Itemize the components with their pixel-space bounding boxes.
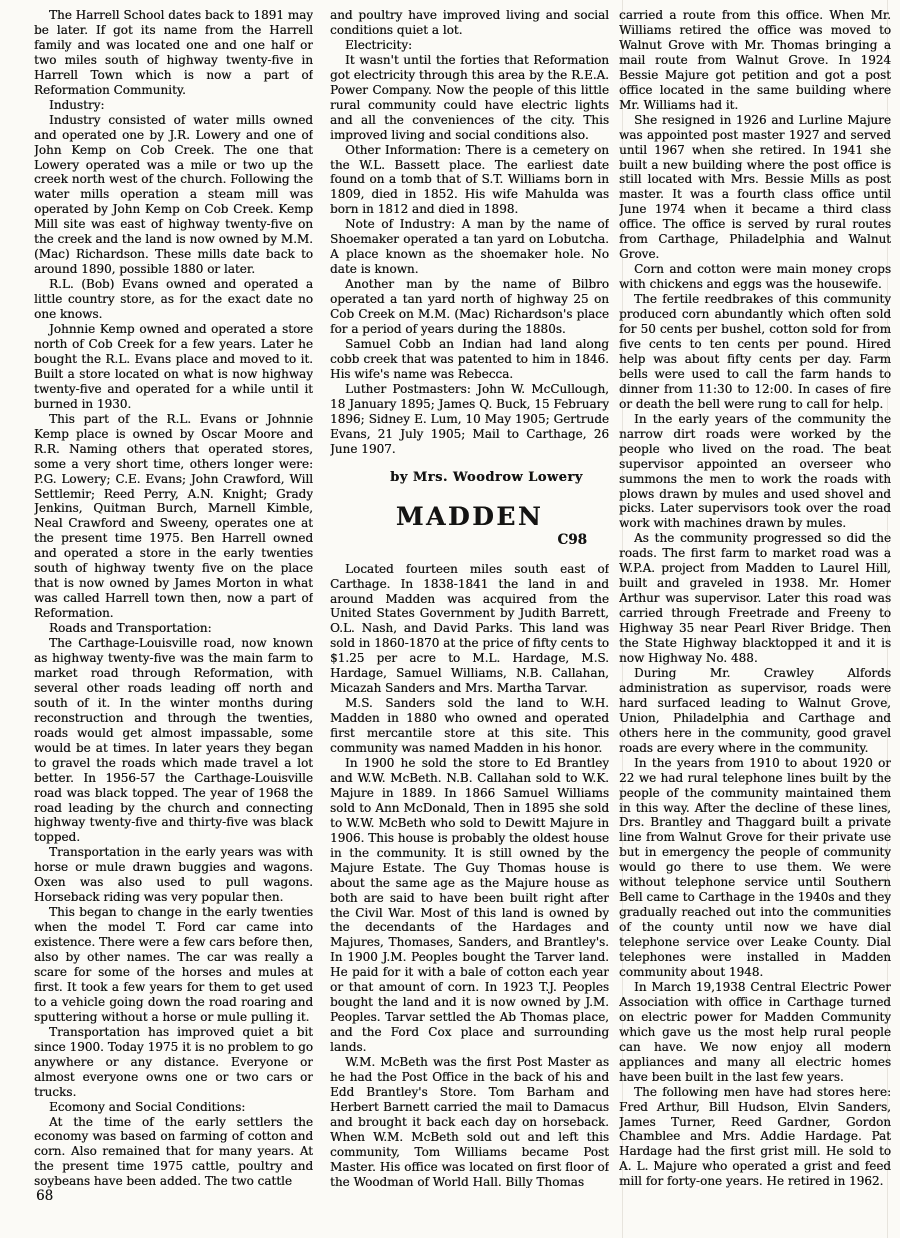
paragraph: Transportation in the early years was wi… xyxy=(34,845,313,905)
paragraph: In March 19,1938 Central Electric Power … xyxy=(619,980,891,1085)
section-label: Industry: xyxy=(34,98,313,113)
paragraph: As the community progressed so did the r… xyxy=(619,531,891,666)
paragraph: The following men have had stores here: … xyxy=(619,1085,891,1188)
paragraph: Samuel Cobb an Indian had land along cob… xyxy=(330,337,609,382)
paragraph: Other Information: There is a cemetery o… xyxy=(330,143,609,218)
article-title: MADDEN xyxy=(330,502,609,531)
column-2: and poultry have improved living and soc… xyxy=(330,8,609,1188)
paragraph: M.S. Sanders sold the land to W.H. Madde… xyxy=(330,696,609,756)
paragraph: During Mr. Crawley Alfords administratio… xyxy=(619,666,891,756)
scanned-page: The Harrell School dates back to 1891 ma… xyxy=(34,8,891,1188)
section-label: Roads and Transportation: xyxy=(34,621,313,636)
paragraph: Note of Industry: A man by the name of S… xyxy=(330,217,609,277)
paragraph: This began to change in the early twenti… xyxy=(34,905,313,1025)
paragraph: This part of the R.L. Evans or Johnnie K… xyxy=(34,412,313,621)
paragraph: In 1900 he sold the store to Ed Brantley… xyxy=(330,756,609,1055)
paragraph: In the years from 1910 to about 1920 or … xyxy=(619,756,891,980)
paragraph: The fertile reedbrakes of this community… xyxy=(619,292,891,412)
paragraph: Another man by the name of Bilbro operat… xyxy=(330,277,609,337)
section-label: Electricity: xyxy=(330,38,609,53)
paragraph: Luther Postmasters: John W. McCullough, … xyxy=(330,382,609,457)
column-1: The Harrell School dates back to 1891 ma… xyxy=(34,8,313,1188)
paragraph: and poultry have improved living and soc… xyxy=(330,8,609,38)
paragraph: The Carthage-Louisville road, now known … xyxy=(34,636,313,845)
byline: by Mrs. Woodrow Lowery xyxy=(364,470,609,485)
paragraph: She resigned in 1926 and Lurline Majure … xyxy=(619,113,891,263)
paragraph: Johnnie Kemp owned and operated a store … xyxy=(34,322,313,412)
paragraph: Transportation has improved quiet a bit … xyxy=(34,1025,313,1100)
paragraph: It wasn't until the forties that Reforma… xyxy=(330,53,609,143)
section-label: Ecomony and Social Conditions: xyxy=(34,1100,313,1115)
paragraph: R.L. (Bob) Evans owned and operated a li… xyxy=(34,277,313,322)
paragraph: Corn and cotton were main money crops wi… xyxy=(619,262,891,292)
article-code: C98 xyxy=(330,532,609,548)
paragraph: W.M. McBeth was the first Post Master as… xyxy=(330,1055,609,1188)
paragraph: Industry consisted of water mills owned … xyxy=(34,113,313,277)
paragraph: In the early years of the community the … xyxy=(619,412,891,532)
page-number: 68 xyxy=(36,1188,53,1204)
paragraph: At the time of the early settlers the ec… xyxy=(34,1115,313,1188)
paragraph: The Harrell School dates back to 1891 ma… xyxy=(34,8,313,98)
paragraph: Located fourteen miles south east of Car… xyxy=(330,562,609,697)
paragraph: carried a route from this office. When M… xyxy=(619,8,891,113)
column-3: carried a route from this office. When M… xyxy=(619,8,891,1188)
